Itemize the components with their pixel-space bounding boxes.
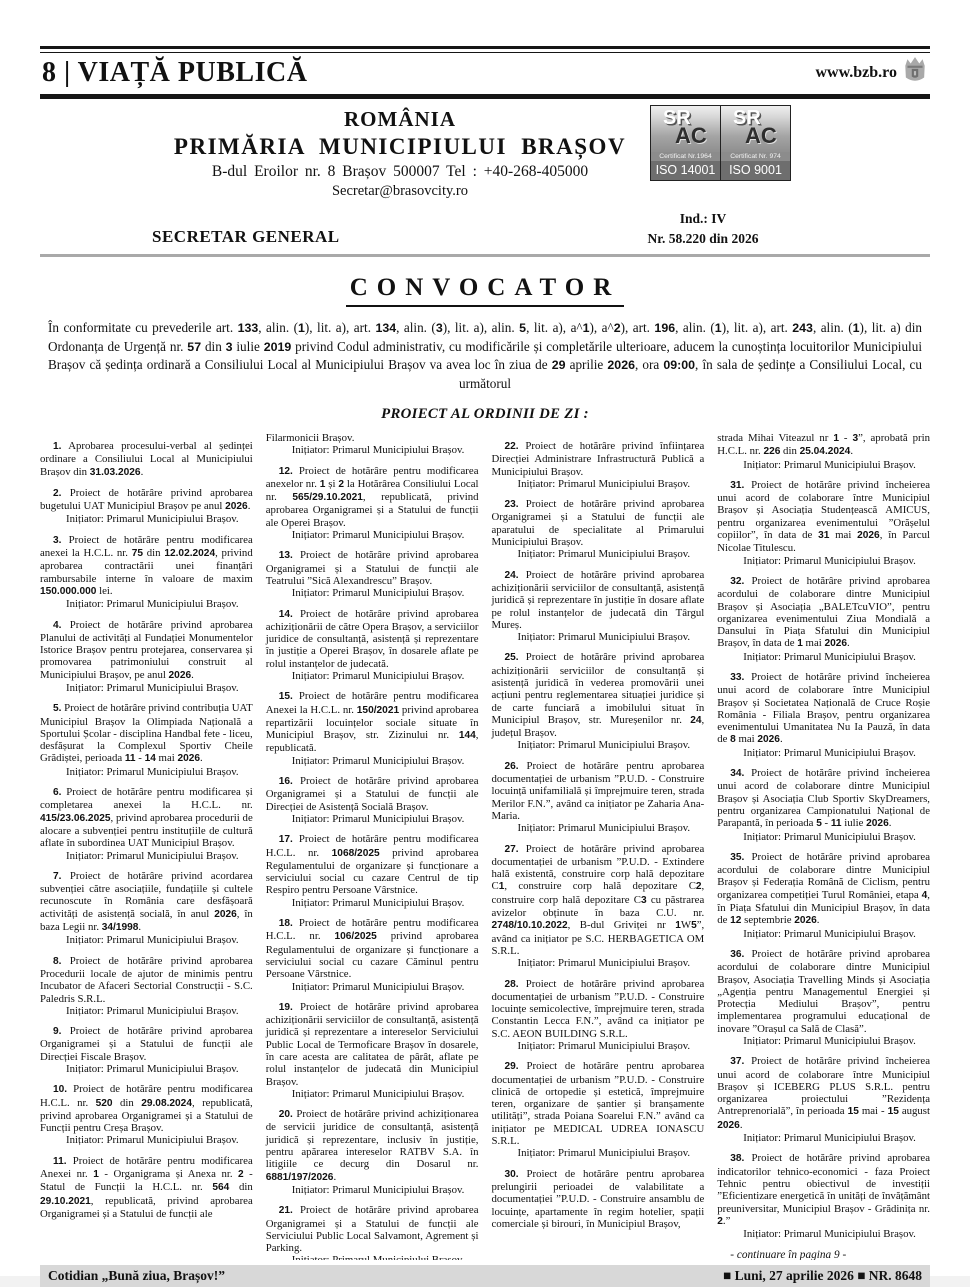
initiator-line: Inițiator: Primarul Municipiului Brașov. (492, 1040, 705, 1052)
agenda-item-continuation: strada Mihai Viteazul nr 1 - 3”, aprobat… (717, 432, 930, 459)
initiator-line: Inițiator: Primarul Municipiului Brașov. (40, 1134, 253, 1146)
page-section-title: 8 | VIAȚĂ PUBLICĂ (42, 57, 307, 89)
intro-paragraph: În conformitate cu prevederile art. 133,… (48, 319, 922, 394)
agenda-item-1: 1. Aprobarea procesului-verbal al ședinț… (40, 440, 253, 479)
continuation-note: - continuare în pagina 9 - (717, 1249, 930, 1259)
initiator-line: Inițiator: Primarul Municipiului Brașov. (492, 631, 705, 643)
agenda-item-13: 13. Proiect de hotărâre privind aprobare… (266, 549, 479, 587)
agenda-item-20: 20. Proiect de hotărâre privind achiziți… (266, 1108, 479, 1184)
initiator-line: Inițiator: Primarul Municipiului Brașov. (717, 459, 930, 471)
agenda-item-10: 10. Proiect de hotărâre pentru modificar… (40, 1083, 253, 1134)
iso-9001-badge: SRAC Certificat Nr. 974 ISO 9001 (721, 106, 790, 180)
initiator-line: Inițiator: Primarul Municipiului Brașov. (40, 934, 253, 946)
agenda-item-38: 38. Proiect de hotărâre privind aprobare… (717, 1152, 930, 1228)
agenda-item-9: 9. Proiect de hotărâre privind aprobarea… (40, 1025, 253, 1063)
agenda-item-4: 4. Proiect de hotărâre privind aprobarea… (40, 619, 253, 682)
masthead-bottom-rule (40, 94, 930, 99)
agenda-item-35: 35. Proiect de hotărâre privind aprobare… (717, 851, 930, 928)
initiator-line: Inițiator: Primarul Municipiului Brașov. (717, 1035, 930, 1047)
agenda-item-16: 16. Proiect de hotărâre privind aprobare… (266, 775, 479, 813)
agenda-item-14: 14. Proiect de hotărâre privind aprobare… (266, 608, 479, 670)
agenda-column-1: 1. Aprobarea procesului-verbal al ședinț… (40, 432, 253, 1260)
initiator-line: Inițiator: Primarul Municipiului Brașov. (40, 766, 253, 778)
agenda-item-15: 15. Proiect de hotărâre pentru modificar… (266, 690, 479, 754)
institution-email: Secretar@brasovcity.ro (152, 183, 648, 200)
initiator-line: Inițiator: Primarul Municipiului Brașov. (266, 897, 479, 909)
initiator-line: Inițiator: Primarul Municipiului Brașov. (717, 651, 930, 663)
agenda-item-34: 34. Proiect de hotărâre privind încheier… (717, 767, 930, 830)
city-crest-icon (902, 56, 928, 89)
iso-certification-logos: SRAC Certificat Nr.1964 ISO 14001 SRAC C… (650, 105, 791, 181)
agenda-item-27: 27. Proiect de hotărâre privind aprobare… (492, 843, 705, 958)
office-title: SECRETAR GENERAL (152, 227, 340, 247)
certificate-number: Certificat Nr.1964 (651, 152, 720, 161)
agenda-item-8: 8. Proiect de hotărâre privind aprobarea… (40, 955, 253, 1005)
initiator-line: Inițiator: Primarul Municipiului Brașov. (266, 755, 479, 767)
agenda-item-37: 37. Proiect de hotărâre privind încheier… (717, 1055, 930, 1132)
agenda-column-3: 22. Proiect de hotărâre privind înființa… (492, 432, 705, 1260)
initiator-line: Inițiator: Primarul Municipiului Brașov. (492, 478, 705, 490)
agenda-item-23: 23. Proiect de hotărâre privind aprobare… (492, 498, 705, 548)
institution-address: B-dul Eroilor nr. 8 Brașov 500007 Tel : … (152, 163, 648, 181)
letterhead-center: ROMÂNIA PRIMĂRIA MUNICIPIULUI BRAȘOV B-d… (152, 107, 648, 200)
iso-standard: ISO 14001 (651, 161, 720, 180)
initiator-line: Inițiator: Primarul Municipiului Brașov. (266, 1254, 479, 1259)
initiator-line: Inițiator: Primarul Municipiului Brașov. (40, 1063, 253, 1075)
agenda-item-6: 6. Proiect de hotărâre pentru modificare… (40, 786, 253, 849)
initiator-line: Inițiator: Primarul Municipiului Brașov. (266, 670, 479, 682)
initiator-line: Inițiator: Primarul Municipiului Brașov. (266, 981, 479, 993)
masthead-top-rule (40, 46, 930, 53)
initiator-line: Inițiator: Primarul Municipiului Brașov. (40, 598, 253, 610)
newspaper-page: 8 | VIAȚĂ PUBLICĂ www.bzb.ro ROMÂNIA PRI… (0, 0, 970, 1276)
agenda-item-19: 19. Proiect de hotărâre privind aprobare… (266, 1001, 479, 1088)
initiator-line: Inițiator: Primarul Municipiului Brașov. (492, 957, 705, 969)
initiator-line: Inițiator: Primarul Municipiului Brașov. (717, 831, 930, 843)
agenda-item-29: 29. Proiect de hotărâre pentru aprobarea… (492, 1060, 705, 1147)
initiator-line: Inițiator: Primarul Municipiului Brașov. (492, 822, 705, 834)
website-url: www.bzb.ro (816, 64, 898, 82)
initiator-line: Inițiator: Primarul Municipiului Brașov. (40, 850, 253, 862)
agenda-item-18: 18. Proiect de hotărâre pentru modificar… (266, 917, 479, 980)
institution-name: PRIMĂRIA MUNICIPIULUI BRAȘOV (152, 134, 648, 160)
agenda-item-36: 36. Proiect de hotărâre privind aprobare… (717, 948, 930, 1035)
country-name: ROMÂNIA (152, 107, 648, 132)
footer-date-issue: ■ Luni, 27 aprilie 2026 ■ NR. 8648 (723, 1268, 922, 1284)
agenda-item-3: 3. Proiect de hotărâre pentru modificare… (40, 534, 253, 598)
document-title-text: CONVOCATOR (346, 274, 625, 307)
initiator-line: Inițiator: Primarul Municipiului Brașov. (717, 747, 930, 759)
agenda-item-17: 17. Proiect de hotărâre pentru modificar… (266, 833, 479, 896)
agenda-column-4: strada Mihai Viteazul nr 1 - 3”, aprobat… (717, 432, 930, 1260)
initiator-line: Inițiator: Primarul Municipiului Brașov. (266, 1184, 479, 1196)
letterhead: ROMÂNIA PRIMĂRIA MUNICIPIULUI BRAȘOV B-d… (40, 107, 930, 249)
agenda-item-5: 5. Proiect de hotărâre privind contribuț… (40, 702, 253, 765)
initiator-line: Inițiator: Primarul Municipiului Brașov. (717, 928, 930, 940)
agenda-column-2: Filarmonicii Brașov.Inițiator: Primarul … (266, 432, 479, 1260)
agenda-heading: PROIECT AL ORDINII DE ZI : (40, 406, 930, 423)
initiator-line: Inițiator: Primarul Municipiului Brașov. (717, 1132, 930, 1144)
agenda-item-33: 33. Proiect de hotărâre privind încheier… (717, 671, 930, 747)
initiator-line: Inițiator: Primarul Municipiului Brașov. (717, 1228, 930, 1240)
agenda-item-26: 26. Proiect de hotărâre pentru aprobarea… (492, 760, 705, 822)
footer-publication-name: Cotidian „Bună ziua, Brașov!” (48, 1268, 225, 1284)
agenda-item-31: 31. Proiect de hotărâre privind încheier… (717, 479, 930, 555)
registry-block: Ind.: IV Nr. 58.220 din 2026 (628, 209, 778, 250)
agenda-item-25: 25. Proiect de hotărâre privind aprobare… (492, 651, 705, 739)
iso-14001-badge: SRAC Certificat Nr.1964 ISO 14001 (651, 106, 721, 180)
index-number: Ind.: IV (628, 209, 778, 229)
agenda-item-22: 22. Proiect de hotărâre privind înființa… (492, 440, 705, 478)
initiator-line: Inițiator: Primarul Municipiului Brașov. (266, 587, 479, 599)
agenda-item-7: 7. Proiect de hotărâre privind acordarea… (40, 870, 253, 934)
initiator-line: Inițiator: Primarul Municipiului Brașov. (492, 1147, 705, 1159)
srac-logo: SRAC (651, 106, 720, 152)
document-title: CONVOCATOR (40, 274, 930, 307)
initiator-line: Inițiator: Primarul Municipiului Brașov. (266, 1088, 479, 1100)
initiator-line: Inițiator: Primarul Municipiului Brașov. (40, 513, 253, 525)
agenda-item-21: 21. Proiect de hotărâre privind aprobare… (266, 1204, 479, 1254)
agenda-item-11: 11. Proiect de hotărâre pentru modificar… (40, 1155, 253, 1220)
agenda-item-continuation: Filarmonicii Brașov. (266, 432, 479, 444)
agenda-columns: 1. Aprobarea procesului-verbal al ședinț… (40, 432, 930, 1260)
agenda-item-32: 32. Proiect de hotărâre privind aprobare… (717, 575, 930, 651)
iso-standard: ISO 9001 (721, 161, 790, 180)
srac-logo: SRAC (721, 106, 790, 152)
agenda-item-24: 24. Proiect de hotărâre privind aprobare… (492, 569, 705, 631)
masthead-right: www.bzb.ro (816, 56, 929, 89)
masthead: 8 | VIAȚĂ PUBLICĂ www.bzb.ro (40, 53, 930, 94)
initiator-line: Inițiator: Primarul Municipiului Brașov. (40, 682, 253, 694)
agenda-item-30: 30. Proiect de hotărâre pentru aprobarea… (492, 1168, 705, 1230)
initiator-line: Inițiator: Primarul Municipiului Brașov. (40, 1005, 253, 1017)
initiator-line: Inițiator: Primarul Municipiului Brașov. (266, 444, 479, 456)
agenda-item-12: 12. Proiect de hotărâre pentru modificar… (266, 465, 479, 529)
initiator-line: Inițiator: Primarul Municipiului Brașov. (266, 813, 479, 825)
initiator-line: Inițiator: Primarul Municipiului Brașov. (717, 555, 930, 567)
registration-number: Nr. 58.220 din 2026 (628, 229, 778, 249)
initiator-line: Inițiator: Primarul Municipiului Brașov. (492, 739, 705, 751)
initiator-line: Inițiator: Primarul Municipiului Brașov. (266, 529, 479, 541)
agenda-item-28: 28. Proiect de hotărâre privind aprobare… (492, 978, 705, 1040)
initiator-line: Inițiator: Primarul Municipiului Brașov. (492, 548, 705, 560)
certificate-number: Certificat Nr. 974 (721, 152, 790, 161)
letterhead-divider (40, 254, 930, 257)
agenda-item-2: 2. Proiect de hotărâre privind aprobarea… (40, 487, 253, 514)
